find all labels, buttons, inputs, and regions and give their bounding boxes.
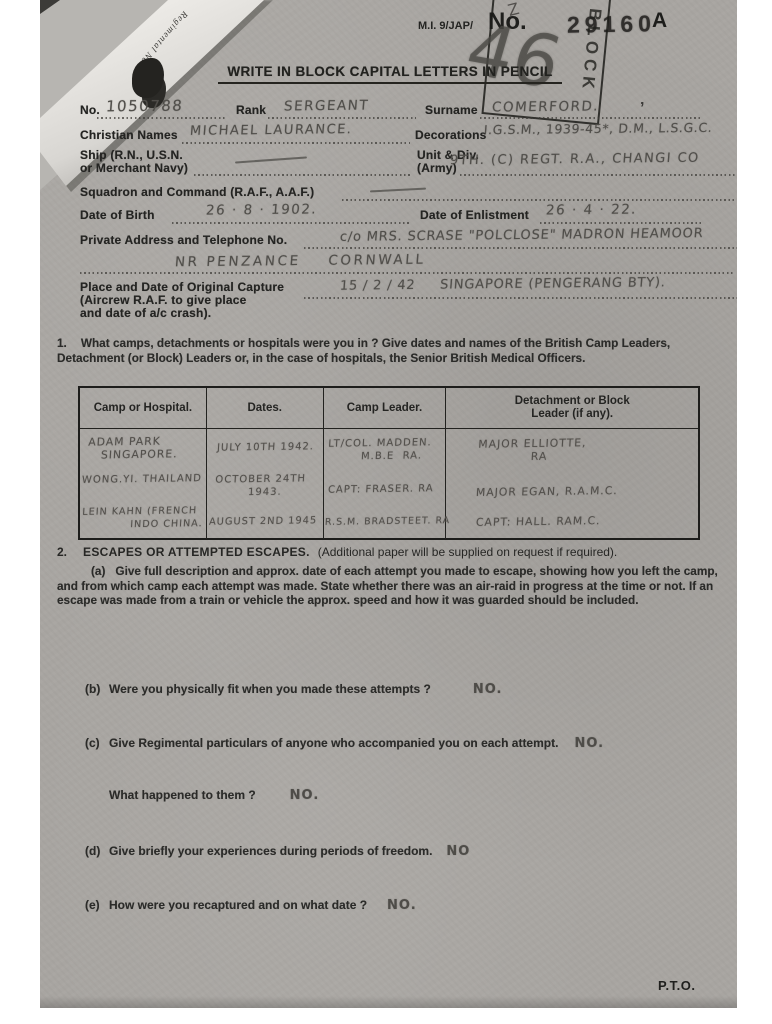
question-2c-followup-text: What happened to them ? xyxy=(109,788,256,802)
col-header-dates: Dates. xyxy=(207,388,324,428)
date-entry: AUGUST 2ND 1945 xyxy=(208,514,317,529)
question-1-text: What camps, detachments or hospitals wer… xyxy=(57,336,670,365)
camp-entry: LEIN KAHN (FRENCH INDO CHINA. xyxy=(81,504,204,532)
capture-label-line1: Place and Date of Original Capture xyxy=(80,280,284,294)
date-of-enlistment-label: Date of Enlistment xyxy=(420,208,529,222)
question-2a-text: Give full description and approx. date o… xyxy=(57,564,718,607)
date-of-enlistment-value: 26 · 4 · 22. xyxy=(545,202,637,219)
block-leader-column: MAJOR ELLIOTTE, RA MAJOR EGAN, R.A.M.C. … xyxy=(446,429,698,539)
dotted-line xyxy=(268,117,416,119)
address-label: Private Address and Telephone No. xyxy=(80,233,287,247)
question-2-number: 2. xyxy=(57,545,67,559)
capture-label-line2: (Aircrew R.A.F. to give place xyxy=(80,293,247,307)
rank-value: SERGEANT xyxy=(283,98,369,115)
camp-entry: ADAM PARK SINGAPORE. xyxy=(87,434,178,461)
block-leader-entry: MAJOR ELLIOTTE, RA xyxy=(478,436,588,464)
date-of-birth-value: 26 · 8 · 1902. xyxy=(205,201,317,218)
service-no-label: No. xyxy=(80,103,100,117)
camp-entry: WONG.YI. THAILAND xyxy=(82,472,203,487)
decorations-label: Decorations xyxy=(415,128,487,142)
form-reference: M.I. 9/JAP/ xyxy=(418,20,473,32)
ship-label-line2: or Merchant Navy) xyxy=(80,161,188,175)
camps-table-header: Camp or Hospital. Dates. Camp Leader. De… xyxy=(80,388,698,429)
dotted-line xyxy=(182,142,410,144)
christian-names-value: MICHAEL LAURANCE. xyxy=(189,122,353,139)
date-entry: OCTOBER 24TH 1943. xyxy=(214,472,306,499)
question-2-heading: 2.ESCAPES OR ATTEMPTED ESCAPES.(Addition… xyxy=(57,545,617,559)
camps-table-body: ADAM PARK SINGAPORE. WONG.YI. THAILAND L… xyxy=(80,429,698,539)
capture-label-line3: and date of a/c crash). xyxy=(80,306,211,320)
date-of-birth-label: Date of Birth xyxy=(80,208,155,222)
rank-label: Rank xyxy=(236,103,266,117)
question-2-title: ESCAPES OR ATTEMPTED ESCAPES. xyxy=(83,545,310,559)
dotted-line xyxy=(304,297,737,299)
dotted-line xyxy=(194,174,410,176)
question-2c-followup-answer: NO. xyxy=(290,788,320,803)
dotted-line xyxy=(342,199,737,201)
question-2e: (e)How were you recaptured and on what d… xyxy=(85,898,417,913)
question-2d-answer: NO xyxy=(446,844,470,859)
camps-table: Camp or Hospital. Dates. Camp Leader. De… xyxy=(78,386,700,540)
camp-leader-entry: R.S.M. BRADSTEET. RA xyxy=(324,514,450,529)
question-2c-text: Give Regimental particulars of anyone wh… xyxy=(109,736,558,750)
question-2e-text: How were you recaptured and on what date… xyxy=(109,898,367,912)
question-1: 1.What camps, detachments or hospitals w… xyxy=(57,336,717,365)
question-2a-label: (a) xyxy=(91,564,105,578)
dotted-line xyxy=(80,272,735,274)
squadron-label: Squadron and Command (R.A.F., A.A.F.) xyxy=(80,185,314,199)
service-no-value: 1050788 xyxy=(105,97,184,116)
question-2b-answer: NO. xyxy=(473,682,503,697)
question-2e-answer: NO. xyxy=(387,898,417,913)
block-leader-entry: CAPT: HALL. RAM.C. xyxy=(476,514,601,529)
question-2b-text: Were you physically fit when you made th… xyxy=(109,682,431,696)
block-leader-entry: MAJOR EGAN, R.A.M.C. xyxy=(476,484,619,499)
camp-leader-column: LT/COL. MADDEN. M.B.E RA. CAPT: FRASER. … xyxy=(324,429,447,539)
form-instruction: WRITE IN BLOCK CAPITAL LETTERS IN PENCIL xyxy=(218,64,562,84)
pencil-dash xyxy=(235,156,307,163)
dotted-line xyxy=(304,247,737,249)
surname-value: COMERFORD. xyxy=(491,98,599,115)
camp-leader-entry: LT/COL. MADDEN. M.B.E RA. xyxy=(327,436,432,463)
capture-value: 15 / 2 / 42 SINGAPORE (PENGERANG BTY). xyxy=(339,275,666,293)
question-2c-label: (c) xyxy=(85,736,109,750)
dotted-line xyxy=(460,174,737,176)
form-paper: Regimental No M.I. 9/JAP/ No. 29160 A BL… xyxy=(40,0,737,1008)
scanned-form: Regimental No M.I. 9/JAP/ No. 29160 A BL… xyxy=(0,0,772,1024)
dotted-line xyxy=(540,222,702,224)
address-value-line2: NR PENZANCE CORNWALL xyxy=(174,252,426,271)
pencil-dash xyxy=(370,188,426,193)
block-stamp-text: BLOCK xyxy=(577,7,605,94)
question-2-note: (Additional paper will be supplied on re… xyxy=(318,545,618,559)
question-2b: (b)Were you physically fit when you made… xyxy=(85,682,502,697)
question-2c: (c)Give Regimental particulars of anyone… xyxy=(85,736,604,751)
christian-names-label: Christian Names xyxy=(80,128,178,142)
question-2c-followup: What happened to them ?NO. xyxy=(109,788,319,803)
corner-letter: A xyxy=(652,9,667,33)
page-turn-over: P.T.O. xyxy=(658,978,695,993)
ship-label-line1: Ship (R.N., U.S.N. xyxy=(80,148,183,162)
question-1-number: 1. xyxy=(57,336,67,350)
unit-value: 9TH. (C) REGT. R.A., CHANGI CO xyxy=(449,151,700,169)
question-2e-label: (e) xyxy=(85,898,109,912)
dates-column: JULY 10TH 1942. OCTOBER 24TH 1943. AUGUS… xyxy=(207,429,324,539)
surname-label: Surname xyxy=(425,103,478,117)
question-2d-label: (d) xyxy=(85,844,109,858)
date-entry: JULY 10TH 1942. xyxy=(216,440,314,454)
address-value-line1: c/o MRS. SCRASE "POLCLOSE" MADRON HEAMOO… xyxy=(339,226,704,245)
pencil-tick: ’ xyxy=(640,100,644,118)
question-2d: (d)Give briefly your experiences during … xyxy=(85,844,470,859)
dotted-line xyxy=(97,117,225,119)
camp-column: ADAM PARK SINGAPORE. WONG.YI. THAILAND L… xyxy=(80,429,207,539)
camp-leader-entry: CAPT: FRASER. RA xyxy=(327,482,433,496)
dotted-line xyxy=(480,117,700,119)
decorations-value: I.G.S.M., 1939-45*, D.M., L.S.G.C. xyxy=(483,120,713,137)
question-2a: (a)Give full description and approx. dat… xyxy=(57,564,719,608)
col-header-block-leader: Detachment or Block Leader (if any). xyxy=(446,388,698,428)
col-header-camp: Camp or Hospital. xyxy=(80,388,207,428)
col-header-camp-leader: Camp Leader. xyxy=(324,388,447,428)
question-2d-text: Give briefly your experiences during per… xyxy=(109,844,432,858)
dotted-line xyxy=(172,222,410,224)
question-2b-label: (b) xyxy=(85,682,109,696)
question-2c-answer: NO. xyxy=(574,736,604,751)
